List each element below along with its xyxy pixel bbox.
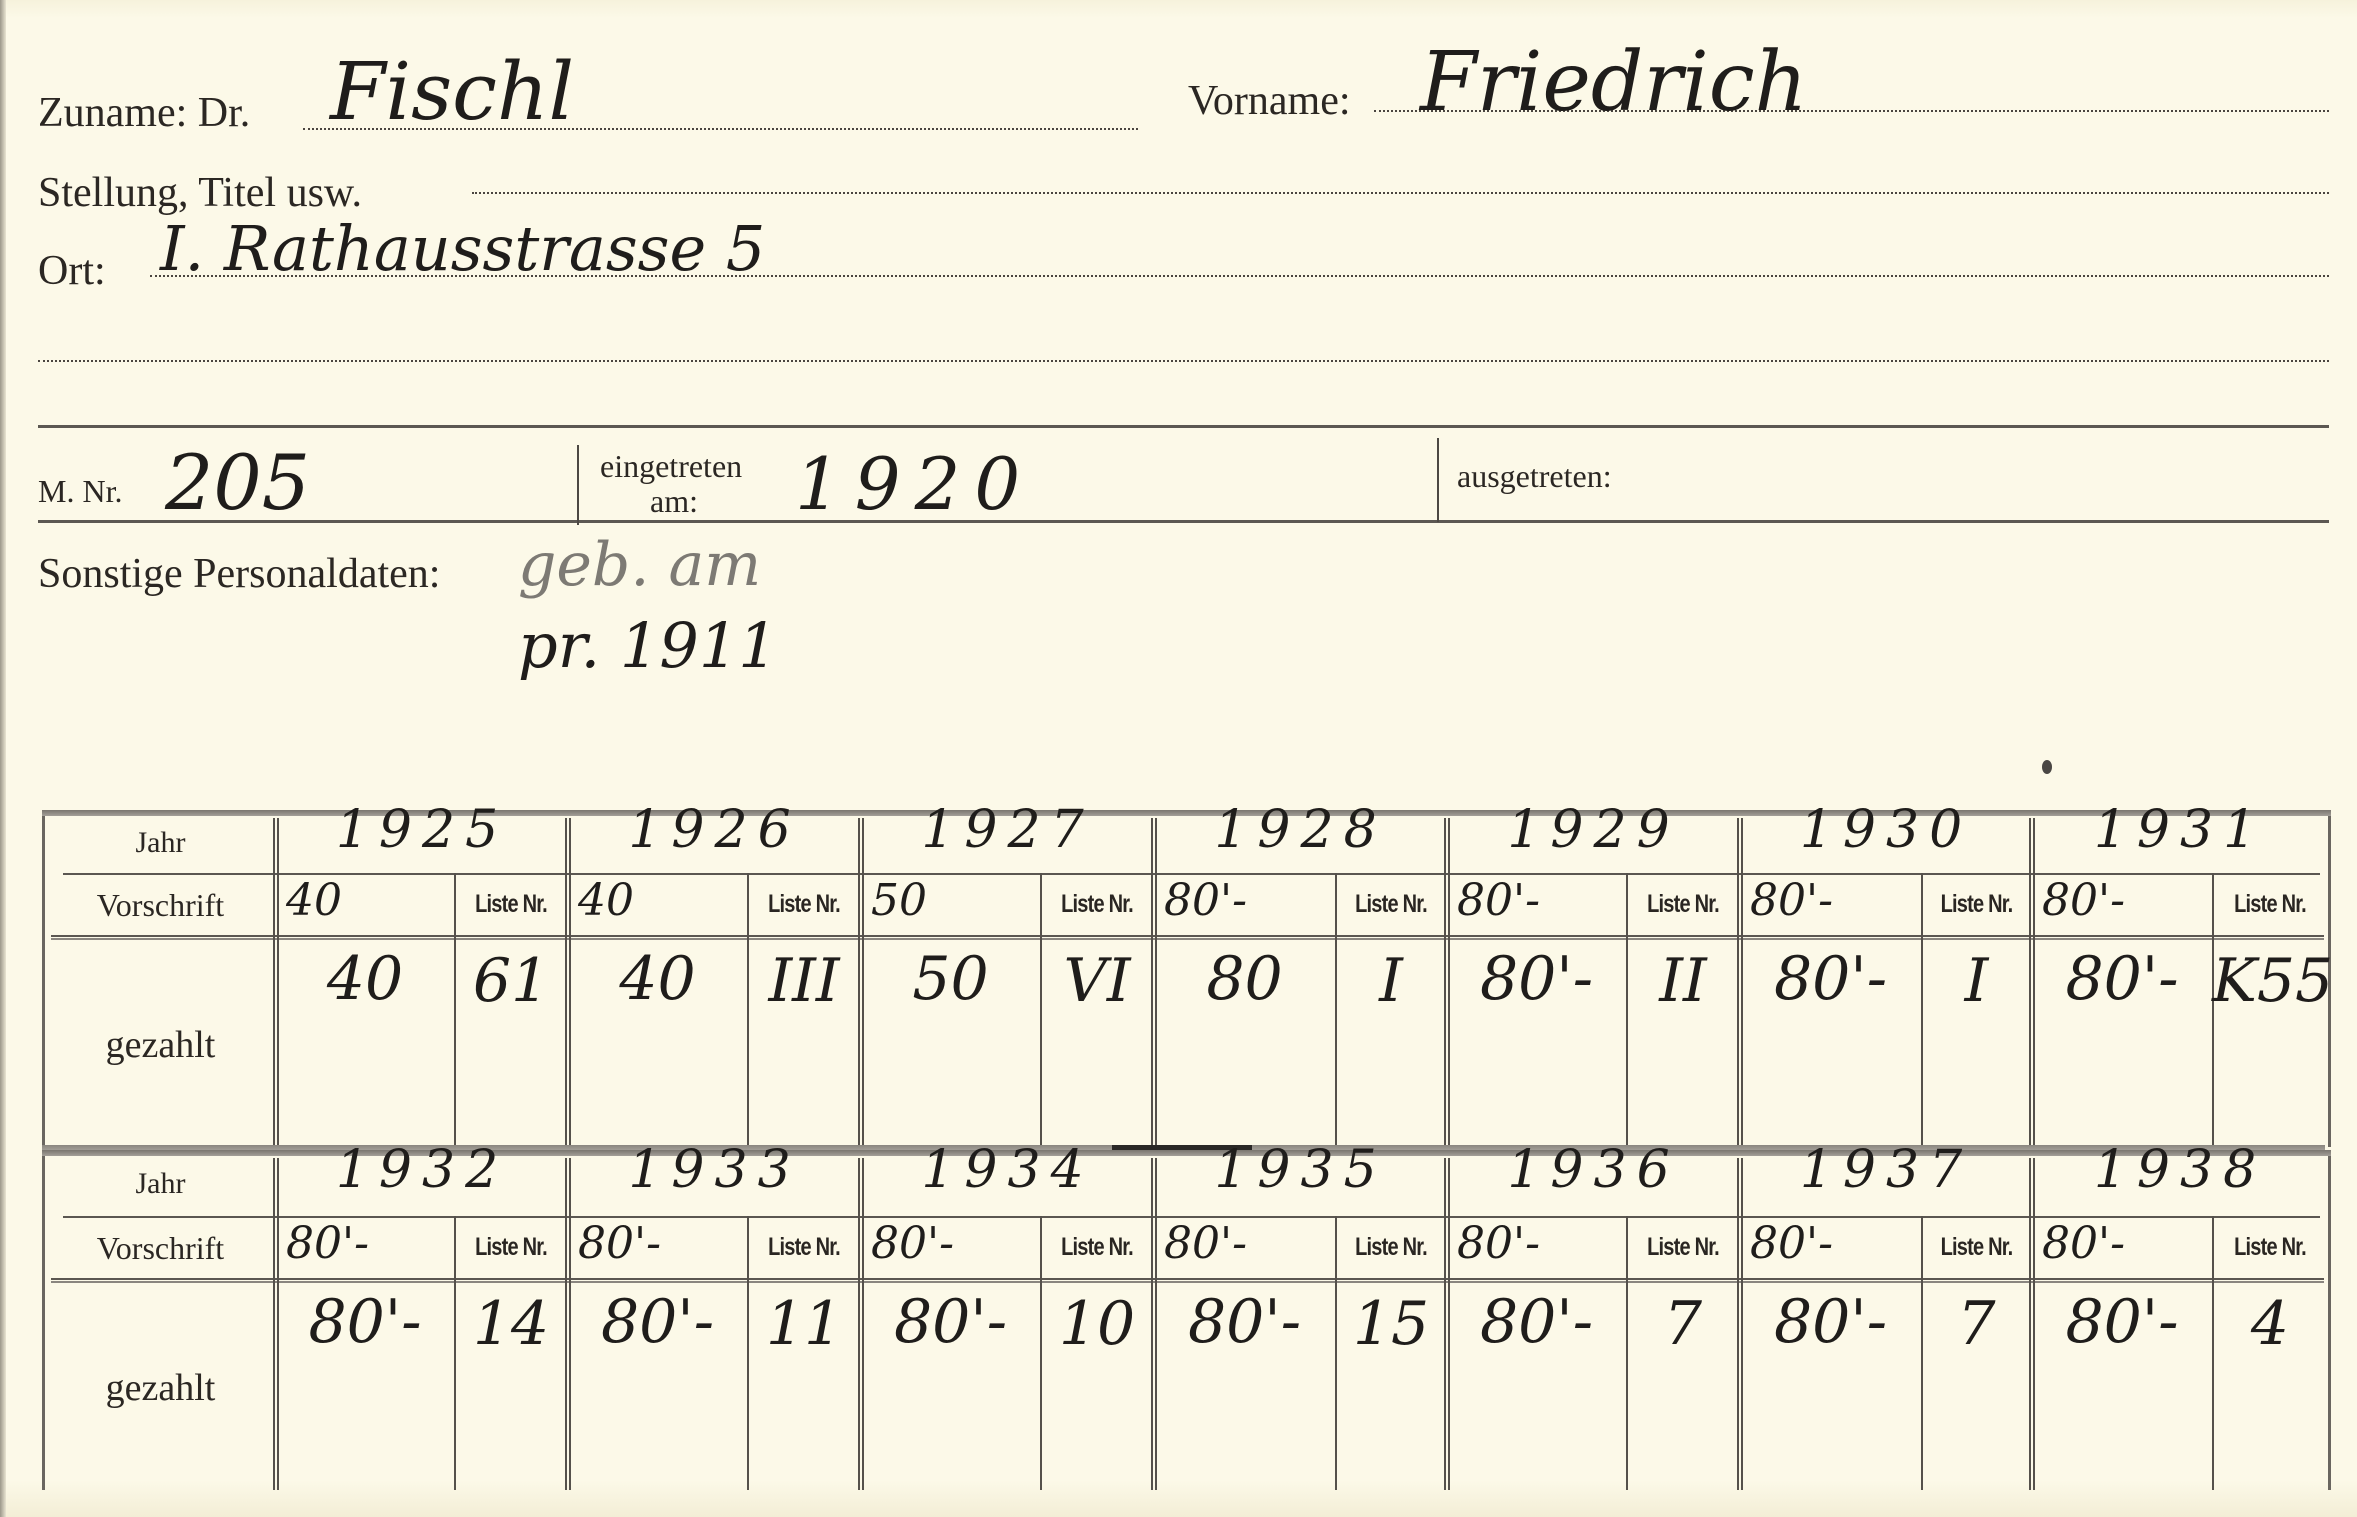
- vorschrift-value: 80'-: [1164, 879, 1325, 923]
- year-value: 1926: [568, 804, 861, 856]
- vorname-label: Vorname:: [1188, 80, 1351, 122]
- gezahlt-value: 80'-: [1154, 1292, 1335, 1352]
- vorname-value: Friedrich: [1420, 42, 1808, 124]
- vorschrift-value: 80'-: [2042, 1222, 2202, 1266]
- year-value: 1937: [1740, 1144, 2032, 1196]
- liste-nr-header: Liste Nr.: [1051, 1233, 1142, 1262]
- mnr-bottom-rule: [38, 520, 2329, 523]
- mnr-top-rule: [38, 425, 2329, 428]
- gezahlt-value: 80'-: [1447, 1292, 1626, 1352]
- liste-nr-value: II: [1626, 951, 1740, 1011]
- vorschrift-value: 80'-: [1750, 879, 1911, 923]
- stellung-label: Stellung, Titel usw.: [38, 172, 362, 214]
- vorschrift-row-rule: [51, 1278, 2324, 1283]
- ausgetreten-label: ausgetreten:: [1457, 460, 1612, 492]
- card-edge: [0, 0, 6, 1517]
- vorschrift-value: 80'-: [2042, 879, 2202, 923]
- gezahlt-row-label: gezahlt: [45, 1023, 276, 1067]
- dues-table-section-2: JahrVorschriftgezahlt193280'-80'-14Liste…: [42, 1150, 2331, 1490]
- vorschrift-value: 80'-: [1457, 879, 1616, 923]
- membership-card: Zuname: Dr. Fischl Vorname: Friedrich St…: [0, 0, 2357, 1517]
- vorschrift-row-label: Vorschrift: [45, 887, 276, 924]
- year-value: 1931: [2032, 804, 2328, 856]
- vorschrift-row-label: Vorschrift: [45, 1230, 276, 1267]
- sonstige-value-line1: geb. am: [518, 535, 761, 595]
- liste-nr-value: 61: [454, 951, 568, 1011]
- liste-nr-value: VI: [1040, 951, 1154, 1011]
- zuname-label: Zuname: Dr.: [38, 92, 250, 134]
- year-value: 1935: [1154, 1144, 1447, 1196]
- liste-nr-header: Liste Nr.: [758, 1233, 849, 1262]
- year-value: 1930: [1740, 804, 2032, 856]
- eingetreten-label: eingetreten: [600, 450, 742, 482]
- year-value: 1936: [1447, 1144, 1740, 1196]
- stellung-line: [472, 192, 2329, 194]
- gezahlt-value: 40: [276, 949, 454, 1009]
- jahr-row-label: Jahr: [45, 1167, 276, 1201]
- eingetreten-divider: [1437, 438, 1439, 522]
- year-value: 1933: [568, 1144, 861, 1196]
- liste-nr-header: Liste Nr.: [2224, 1233, 2317, 1262]
- gezahlt-value: 80'-: [2032, 1292, 2212, 1352]
- year-value: 1934: [861, 1144, 1154, 1196]
- gezahlt-value: 80'-: [2032, 949, 2212, 1009]
- liste-nr-header: Liste Nr.: [1051, 890, 1142, 919]
- vorschrift-value: 80'-: [1457, 1222, 1616, 1266]
- mnr-value: 205: [165, 445, 310, 521]
- year-value: 1938: [2032, 1144, 2328, 1196]
- gezahlt-value: 50: [861, 949, 1040, 1009]
- vorschrift-value: 80'-: [1164, 1222, 1325, 1266]
- liste-nr-header: Liste Nr.: [1932, 890, 2021, 919]
- liste-nr-header: Liste Nr.: [1346, 1233, 1436, 1262]
- ort-value: I. Rathausstrasse 5: [160, 218, 765, 280]
- jahr-row-label: Jahr: [45, 826, 276, 860]
- liste-nr-header: Liste Nr.: [465, 1233, 556, 1262]
- year-value: 1929: [1447, 804, 1740, 856]
- liste-nr-value: 7: [1921, 1294, 2032, 1354]
- year-value: 1925: [276, 804, 568, 856]
- gezahlt-value: 80: [1154, 949, 1335, 1009]
- gezahlt-row-label: gezahlt: [45, 1366, 276, 1410]
- liste-nr-value: K55: [2212, 951, 2328, 1011]
- gezahlt-value: 80'-: [276, 1292, 454, 1352]
- eingetreten-value: 1920: [795, 448, 1034, 520]
- liste-nr-value: III: [747, 951, 861, 1011]
- zuname-value: Fischl: [330, 52, 574, 132]
- liste-nr-value: 7: [1626, 1294, 1740, 1354]
- vorschrift-value: 40: [578, 879, 737, 923]
- liste-nr-value: 11: [747, 1294, 861, 1354]
- vorschrift-value: 50: [871, 879, 1030, 923]
- liste-nr-value: I: [1335, 951, 1447, 1011]
- mnr-divider: [577, 445, 579, 525]
- liste-nr-header: Liste Nr.: [465, 890, 556, 919]
- blank-line: [38, 360, 2329, 362]
- sonstige-value-line2: pr. 1911: [518, 615, 778, 677]
- year-value: 1932: [276, 1144, 568, 1196]
- dues-table-section-1: JahrVorschriftgezahlt1925404061Liste Nr.…: [42, 810, 2331, 1147]
- gezahlt-value: 80'-: [861, 1292, 1040, 1352]
- liste-nr-value: 10: [1040, 1294, 1154, 1354]
- ort-label: Ort:: [38, 250, 106, 292]
- gezahlt-value: 80'-: [568, 1292, 747, 1352]
- liste-nr-header: Liste Nr.: [1932, 1233, 2021, 1262]
- year-value: 1928: [1154, 804, 1447, 856]
- gezahlt-value: 80'-: [1447, 949, 1626, 1009]
- year-value: 1927: [861, 804, 1154, 856]
- mnr-label: M. Nr.: [38, 475, 122, 507]
- ink-spot: [2042, 760, 2052, 774]
- vorschrift-value: 80'-: [871, 1222, 1030, 1266]
- liste-nr-value: 4: [2212, 1294, 2328, 1354]
- gezahlt-value: 80'-: [1740, 1292, 1921, 1352]
- liste-nr-header: Liste Nr.: [1637, 890, 1728, 919]
- vorschrift-value: 40: [286, 879, 444, 923]
- liste-nr-header: Liste Nr.: [1346, 890, 1436, 919]
- liste-nr-header: Liste Nr.: [758, 890, 849, 919]
- vorschrift-row-rule: [51, 935, 2324, 940]
- gezahlt-value: 80'-: [1740, 949, 1921, 1009]
- vorschrift-value: 80'-: [1750, 1222, 1911, 1266]
- liste-nr-header: Liste Nr.: [1637, 1233, 1728, 1262]
- vorschrift-value: 80'-: [286, 1222, 444, 1266]
- vorschrift-value: 80'-: [578, 1222, 737, 1266]
- liste-nr-value: 15: [1335, 1294, 1447, 1354]
- sonstige-label: Sonstige Personaldaten:: [38, 553, 440, 595]
- gezahlt-value: 40: [568, 949, 747, 1009]
- liste-nr-value: I: [1921, 951, 2032, 1011]
- liste-nr-value: 14: [454, 1294, 568, 1354]
- eingetreten-am-label: am:: [650, 485, 698, 517]
- liste-nr-header: Liste Nr.: [2224, 890, 2317, 919]
